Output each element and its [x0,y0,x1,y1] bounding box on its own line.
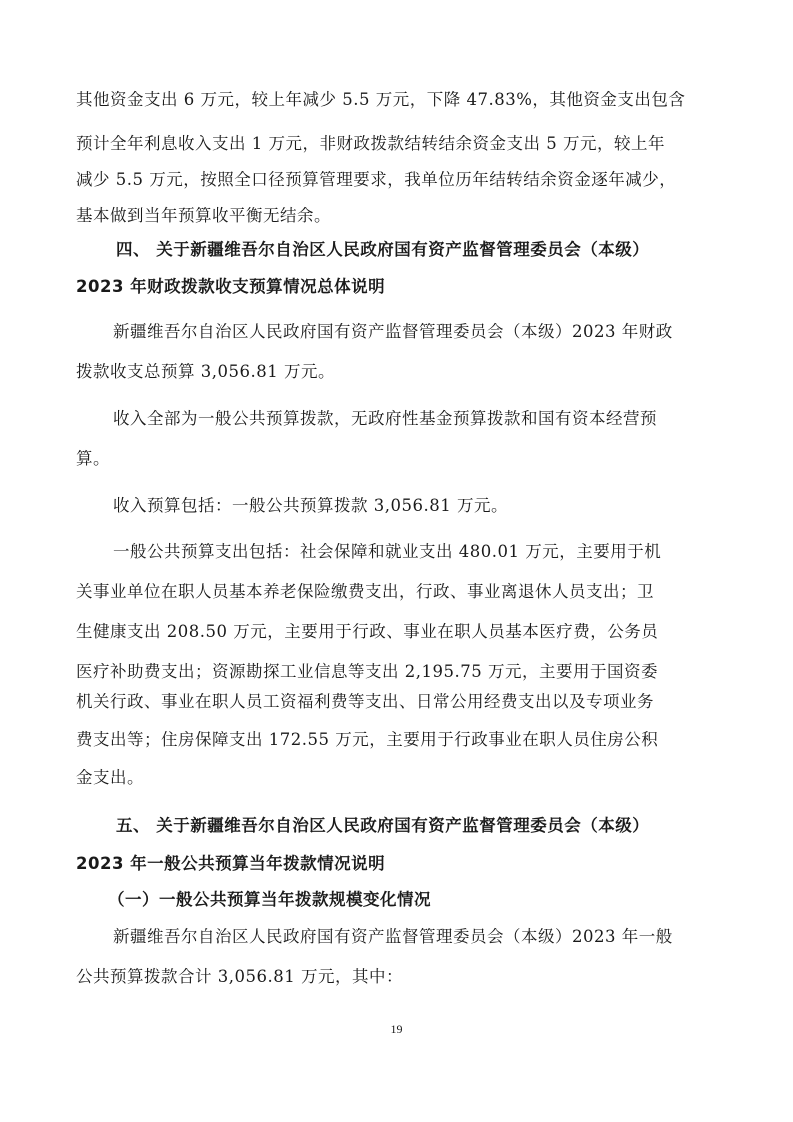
document-page: 其他资金支出 6 万元，较上年减少 5.5 万元，下降 47.83%，其他资金支… [0,0,793,1122]
expenditure-line-2: 关事业单位在职人员基本养老保险缴费支出，行政、事业离退休人员支出；卫 [76,580,654,604]
other-funds-line-3: 减少 5.5 万元，按照全口径预算管理要求，我单位历年结转结余资金逐年减少， [76,168,676,192]
other-funds-line-4: 基本做到当年预算收平衡无结余。 [76,204,331,228]
section-4-heading-line-2: 2023 年财政拨款收支预算情况总体说明 [76,275,385,299]
page-number: 19 [0,1022,793,1037]
expenditure-line-6: 费支出等；住房保障支出 172.55 万元，主要用于行政事业在职人员住房公积 [76,728,658,752]
section-5-heading-line-2: 2023 年一般公共预算当年拨款情况说明 [76,852,385,876]
income-composition-line-1: 收入全部为一般公共预算拨款，无政府性基金预算拨款和国有资本经营预 [113,407,657,431]
income-budget-line: 收入预算包括：一般公共预算拨款 3,056.81 万元。 [113,494,508,518]
total-budget-line-1: 新疆维吾尔自治区人民政府国有资产监督管理委员会（本级）2023 年财政 [113,320,673,344]
general-budget-line-1: 新疆维吾尔自治区人民政府国有资产监督管理委员会（本级）2023 年一般 [113,925,673,949]
general-budget-line-2: 公共预算拨款合计 3,056.81 万元，其中： [76,965,403,989]
expenditure-line-5: 机关行政、事业在职人员工资福利费等支出、日常公用经费支出以及专项业务 [76,690,654,714]
subsection-1-heading: （一）一般公共预算当年拨款规模变化情况 [108,888,431,912]
total-budget-line-2: 拨款收支总预算 3,056.81 万元。 [76,360,335,384]
expenditure-line-1: 一般公共预算支出包括：社会保障和就业支出 480.01 万元，主要用于机 [113,540,661,564]
income-composition-line-2: 算。 [76,447,110,471]
other-funds-line-2: 预计全年利息收入支出 1 万元，非财政拨款结转结余资金支出 5 万元，较上年 [76,132,665,156]
expenditure-line-4: 医疗补助费支出；资源勘探工业信息等支出 2,195.75 万元，主要用于国资委 [76,660,658,684]
expenditure-line-7: 金支出。 [76,766,144,790]
other-funds-line-1: 其他资金支出 6 万元，较上年减少 5.5 万元，下降 47.83%，其他资金支… [76,88,685,112]
section-4-heading-line-1: 四、 关于新疆维吾尔自治区人民政府国有资产监督管理委员会（本级） [116,238,649,262]
section-5-heading-line-1: 五、 关于新疆维吾尔自治区人民政府国有资产监督管理委员会（本级） [116,814,649,838]
expenditure-line-3: 生健康支出 208.50 万元，主要用于行政、事业在职人员基本医疗费，公务员 [76,620,658,644]
